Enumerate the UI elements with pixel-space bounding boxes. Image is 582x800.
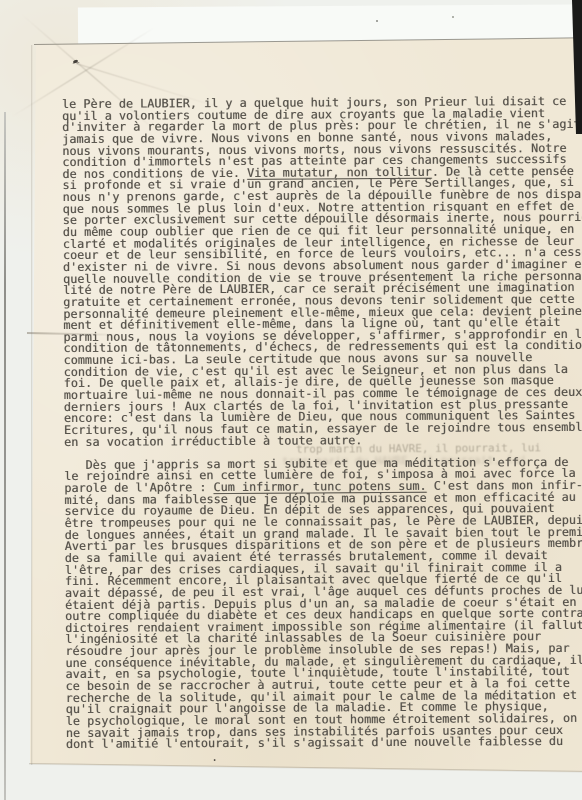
stray-period: . [211,750,218,764]
page-left-edge [31,45,33,765]
dust-speck [376,20,378,22]
typed-text-block: le Père de LAUBIER, il y a quelque huit … [62,95,582,751]
typed-line: en sa vocation irréductible à toute autr… [64,433,582,449]
scan-edge-line [4,112,6,800]
scanned-document-photo: trop marin du HAVRE, il pourrait, lui tr… [0,0,582,800]
dust-speck [452,16,454,18]
